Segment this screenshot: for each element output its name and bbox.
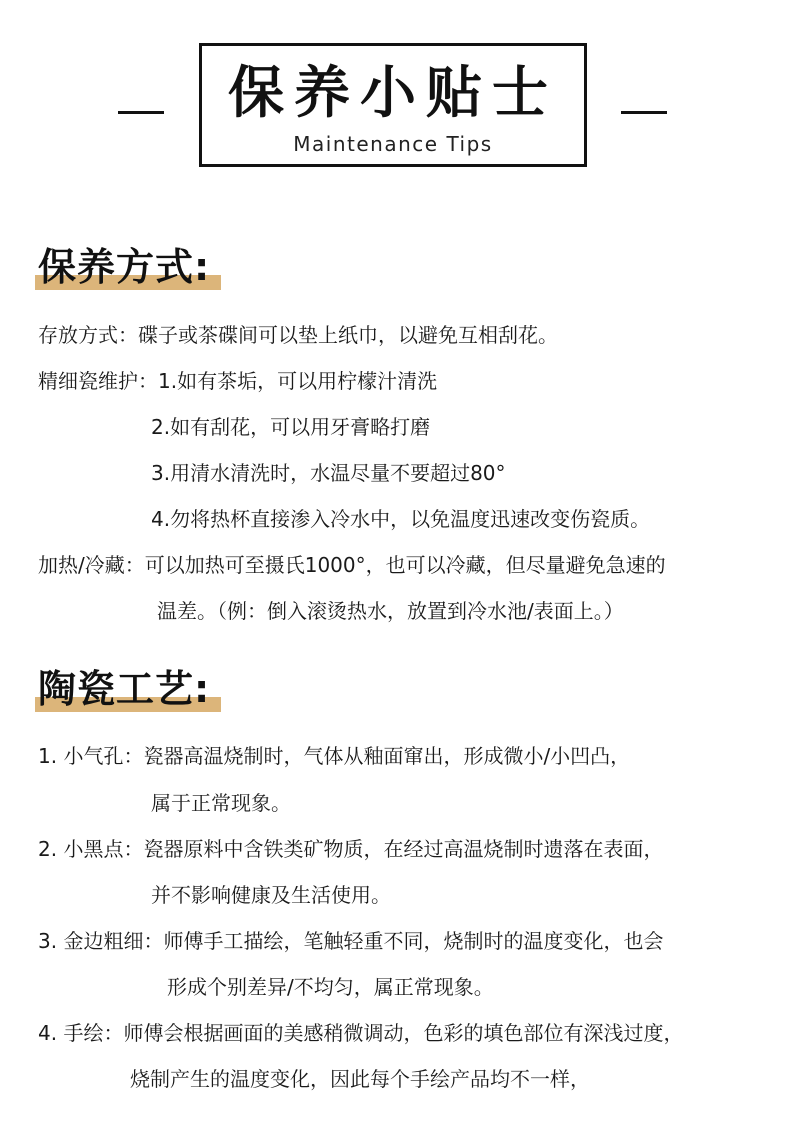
maintenance-fine-porcelain-4: 4.勿将热杯直接渗入冷水中，以免温度迅速改变伤瓷质。: [151, 505, 650, 533]
craft-hand-painted-cont: 烧制产生的温度变化，因此每个手绘产品均不一样，: [130, 1065, 590, 1093]
title-left-dash: [118, 111, 164, 114]
section-heading-maintenance: 保养方式:: [38, 244, 210, 294]
craft-pores: 1. 小气孔：瓷器高温烧制时，气体从釉面窜出，形成微小/小凹凸，: [38, 742, 630, 770]
page-title: 保养小贴士: [202, 64, 584, 124]
page-subtitle: Maintenance Tips: [202, 132, 584, 156]
maintenance-heating-cooling-cont: 温差。（例：倒入滚烫热水，放置到冷水池/表面上。）: [157, 597, 624, 625]
craft-gold-rim: 3. 金边粗细：师傅手工描绘，笔触轻重不同，烧制时的温度变化，也会: [38, 927, 663, 955]
craft-black-dots-cont: 并不影响健康及生活使用。: [151, 881, 391, 909]
title-right-dash: [621, 111, 667, 114]
maintenance-fine-porcelain-1: 精细瓷维护：1.如有茶垢，可以用柠檬汁清洗: [38, 367, 437, 395]
craft-black-dots: 2. 小黑点：瓷器原料中含铁类矿物质，在经过高温烧制时遗落在表面，: [38, 835, 663, 863]
craft-gold-rim-cont: 形成个别差异/不均匀，属正常现象。: [167, 973, 494, 1001]
section-heading-craft: 陶瓷工艺:: [38, 666, 210, 716]
maintenance-storage: 存放方式：碟子或茶碟间可以垫上纸巾，以避免互相刮花。: [38, 321, 558, 349]
craft-hand-painted: 4. 手绘：师傅会根据画面的美感稍微调动，色彩的填色部位有深浅过度，: [38, 1019, 683, 1047]
maintenance-fine-porcelain-2: 2.如有刮花，可以用牙膏略打磨: [151, 413, 430, 441]
craft-pores-cont: 属于正常现象。: [151, 789, 291, 817]
maintenance-heating-cooling: 加热/冷藏：可以加热可至摄氏1000°，也可以冷藏，但尽量避免急速的: [38, 551, 666, 579]
maintenance-fine-porcelain-3: 3.用清水清洗时，水温尽量不要超过80°: [151, 459, 506, 487]
title-box: 保养小贴士 Maintenance Tips: [199, 43, 587, 167]
